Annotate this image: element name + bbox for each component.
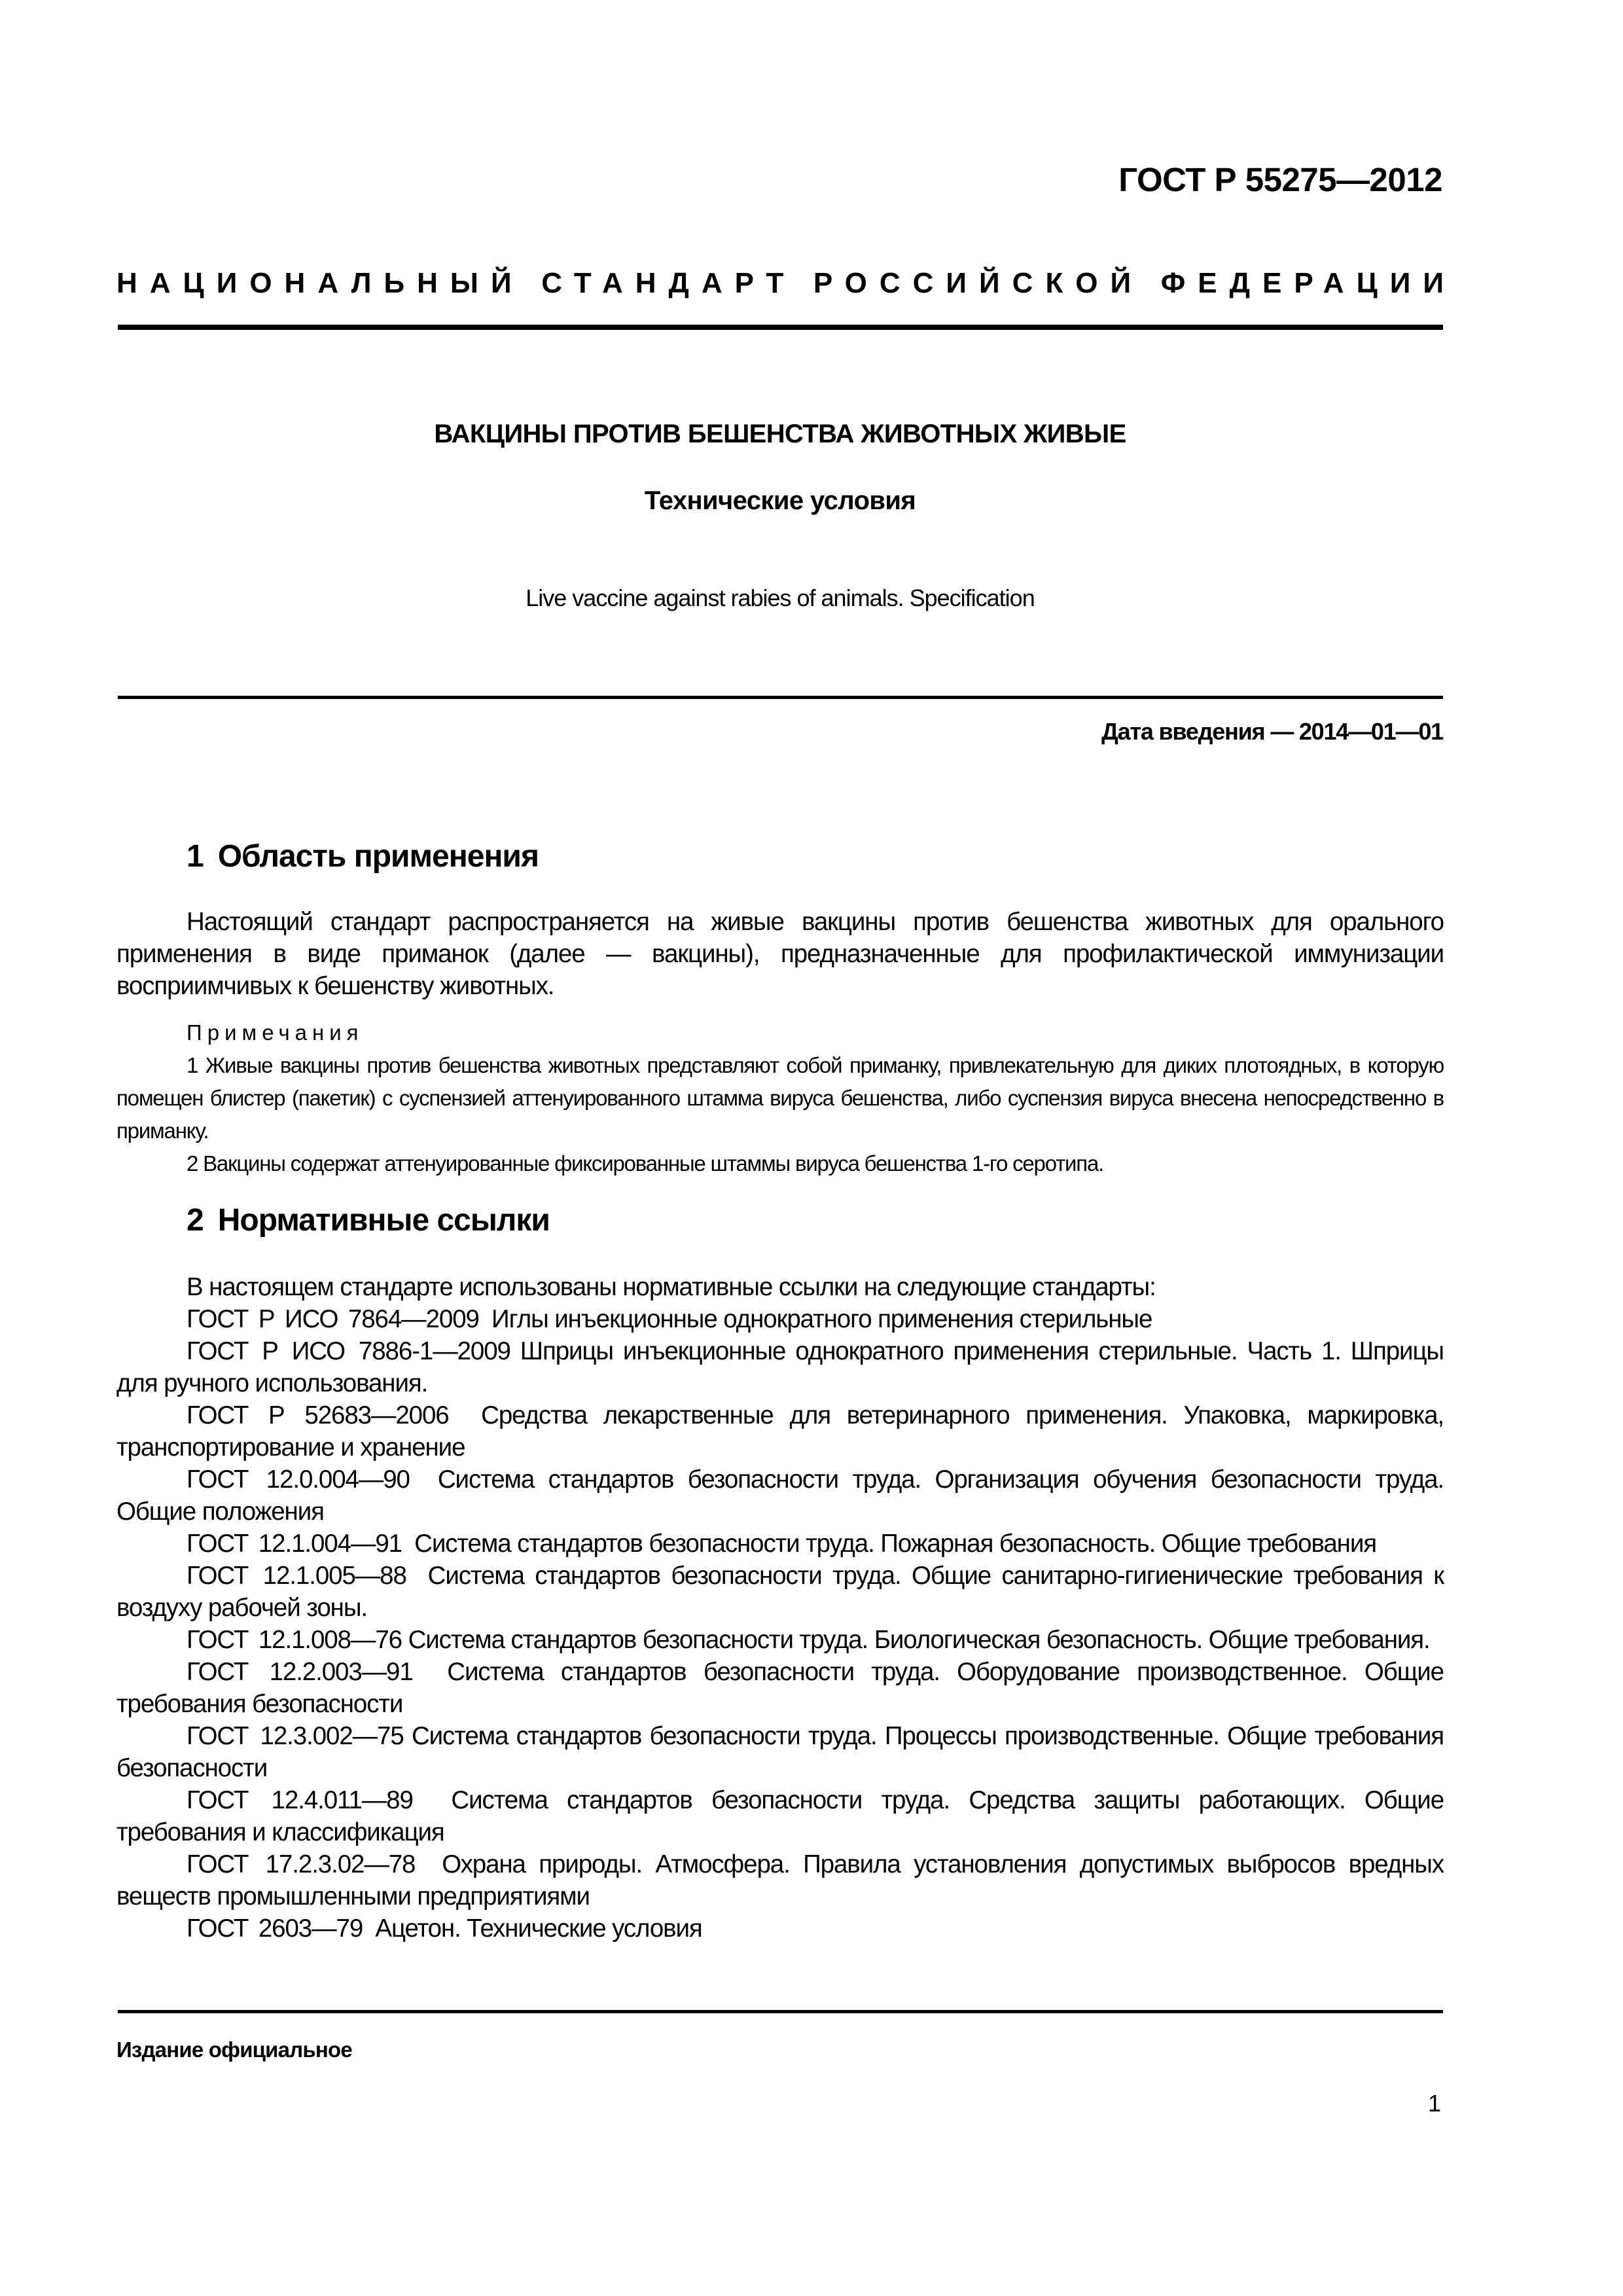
reference-item: ГОСТ 2603—79 Ацетон. Технические условия xyxy=(116,1912,1444,1945)
footer-divider xyxy=(118,2010,1443,2013)
reference-item: ГОСТ 12.1.005—88 Система стандартов безо… xyxy=(116,1560,1444,1624)
reference-code: ГОСТ 12.3.002—75 xyxy=(187,1722,404,1750)
reference-code: ГОСТ Р ИСО 7864—2009 xyxy=(187,1305,479,1333)
reference-code: ГОСТ 2603—79 xyxy=(187,1914,363,1943)
reference-code: ГОСТ 12.2.003—91 xyxy=(187,1658,413,1686)
banner-word: ФЕДЕРАЦИИ xyxy=(1161,267,1456,300)
note-item: 2 Вакцины содержат аттенуированные фикси… xyxy=(116,1147,1444,1180)
paragraph: Настоящий стандарт распространяется на ж… xyxy=(116,906,1444,1002)
document-title: ВАКЦИНЫ ПРОТИВ БЕШЕНСТВА ЖИВОТНЫХ ЖИВЫЕ xyxy=(116,420,1444,449)
reference-title: Ацетон. Технические условия xyxy=(375,1914,702,1943)
reference-item: ГОСТ Р ИСО 7864—2009 Иглы инъекционные о… xyxy=(116,1303,1444,1335)
reference-title: Система стандартов безопасности труда. Б… xyxy=(408,1626,1430,1654)
section-title: Область применения xyxy=(218,839,539,874)
national-standard-banner: НАЦИОНАЛЬНЫЙ СТАНДАРТ РОССИЙСКОЙ ФЕДЕРАЦ… xyxy=(116,267,1444,300)
reference-code: ГОСТ 12.1.008—76 xyxy=(187,1626,402,1654)
document-subtitle: Технические условия xyxy=(116,486,1444,516)
title-divider xyxy=(118,696,1443,699)
references-intro: В настоящем стандарте использованы норма… xyxy=(116,1271,1444,1303)
reference-item: ГОСТ 12.1.004—91 Система стандартов безо… xyxy=(116,1528,1444,1560)
section-heading-normative-references: 2Нормативные ссылки xyxy=(187,1202,550,1238)
notes-title: Примечания xyxy=(116,1016,1444,1049)
reference-item: ГОСТ 12.2.003—91 Система стандартов безо… xyxy=(116,1656,1444,1720)
reference-code: ГОСТ 12.1.005—88 xyxy=(187,1562,406,1590)
page-number: 1 xyxy=(1428,2090,1441,2117)
section-title: Нормативные ссылки xyxy=(218,1203,550,1238)
section-number: 1 xyxy=(187,839,204,874)
reference-item: ГОСТ Р ИСО 7886-1—2009 Шприцы инъекционн… xyxy=(116,1335,1444,1399)
reference-title: Система стандартов безопасности труда. П… xyxy=(414,1530,1376,1558)
banner-word: РОССИЙСКОЙ xyxy=(813,267,1143,300)
reference-item: ГОСТ 12.1.008—76 Система стандартов безо… xyxy=(116,1624,1444,1656)
reference-item: ГОСТ 12.0.004—90 Система стандартов безо… xyxy=(116,1463,1444,1528)
banner-word: СТАНДАРТ xyxy=(541,267,796,300)
reference-item: ГОСТ 12.3.002—75 Система стандартов безо… xyxy=(116,1720,1444,1784)
note-item: 1 Живые вакцины против бешенства животны… xyxy=(116,1049,1444,1147)
header-divider xyxy=(118,325,1443,330)
reference-code: ГОСТ Р 52683—2006 xyxy=(187,1401,449,1429)
reference-code: ГОСТ 12.1.004—91 xyxy=(187,1530,402,1558)
reference-item: ГОСТ Р 52683—2006 Средства лекарственные… xyxy=(116,1399,1444,1463)
reference-code: ГОСТ Р ИСО 7886-1—2009 xyxy=(187,1337,510,1365)
references-list: В настоящем стандарте использованы норма… xyxy=(116,1271,1444,1945)
official-edition-label: Издание официальное xyxy=(116,2037,352,2062)
reference-title: Иглы инъекционные однократного применени… xyxy=(491,1305,1152,1333)
document-page: ГОСТ Р 55275—2012 НАЦИОНАЛЬНЫЙ СТАНДАРТ … xyxy=(0,0,1623,2296)
reference-code: ГОСТ 17.2.3.02—78 xyxy=(187,1850,415,1878)
document-title-english: Live vaccine against rabies of animals. … xyxy=(116,584,1444,612)
section-number: 2 xyxy=(187,1203,204,1238)
introduction-date: Дата введения — 2014—01—01 xyxy=(1101,718,1443,745)
section-heading-scope: 1Область применения xyxy=(187,838,539,874)
reference-item: ГОСТ 12.4.011—89 Система стандартов безо… xyxy=(116,1784,1444,1848)
banner-word: НАЦИОНАЛЬНЫЙ xyxy=(116,267,524,300)
reference-item: ГОСТ 17.2.3.02—78 Охрана природы. Атмосф… xyxy=(116,1848,1444,1912)
notes-block: Примечания 1 Живые вакцины против бешенс… xyxy=(116,1016,1444,1180)
scope-text: Настоящий стандарт распространяется на ж… xyxy=(116,906,1444,1002)
reference-code: ГОСТ 12.0.004—90 xyxy=(187,1465,410,1494)
reference-code: ГОСТ 12.4.011—89 xyxy=(187,1786,413,1814)
document-code: ГОСТ Р 55275—2012 xyxy=(1118,160,1442,199)
